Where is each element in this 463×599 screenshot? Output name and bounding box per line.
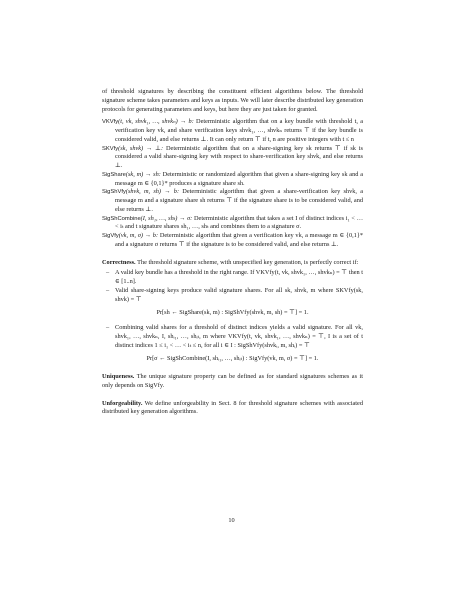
equation-1: Pr[sh ← SigShare(sk, m) : SigShVfy(shvk,… [102,309,363,318]
definition-sigshvfy: SigShVfy(shvk, m, sh) → b: Deterministic… [102,188,363,214]
uniqueness-section: Uniqueness. The unique signature propert… [102,373,363,391]
definition-skvfy: SKVfy(sk, shvk) → ⊥: Deterministic algor… [102,145,363,171]
correctness-section: Correctness. The threshold signature sch… [102,259,363,365]
equation-2: Pr[σ ← SigShCombine(I, shᵢ₁, …, shᵢₜ) : … [102,355,363,364]
correctness-item: A valid key bundle has a threshold in th… [102,269,363,287]
correctness-item: Valid share-signing keys produce valid s… [102,287,363,305]
definition-vkvfy: VKVfy(t, vk, shvk₁, …, shvkₙ) → b: Deter… [102,118,363,144]
unforgeability-section: Unforgeability. We define unforgeability… [102,400,363,418]
unforgeability-heading: Unforgeability. [102,400,142,407]
definition-list: VKVfy(t, vk, shvk₁, …, shvkₙ) → b: Deter… [102,118,363,249]
page-body: of threshold signatures by describing th… [102,88,363,417]
definition-sigvfy: SigVfy(vk, m, σ) → b: Deterministic algo… [102,232,363,250]
definition-sigshcombine: SigShCombine(I, sh₁, …, shₜ) → σ: Determ… [102,215,363,233]
correctness-item: Combining valid shares for a threshold o… [102,324,363,350]
definition-sigshare: SigShare(sk, m) → sh: Deterministic or r… [102,171,363,189]
correctness-heading: Correctness. [102,259,136,266]
uniqueness-heading: Uniqueness. [102,373,134,380]
intro-paragraph: of threshold signatures by describing th… [102,88,363,114]
correctness-list: A valid key bundle has a threshold in th… [102,269,363,304]
page-number: 10 [0,517,463,524]
